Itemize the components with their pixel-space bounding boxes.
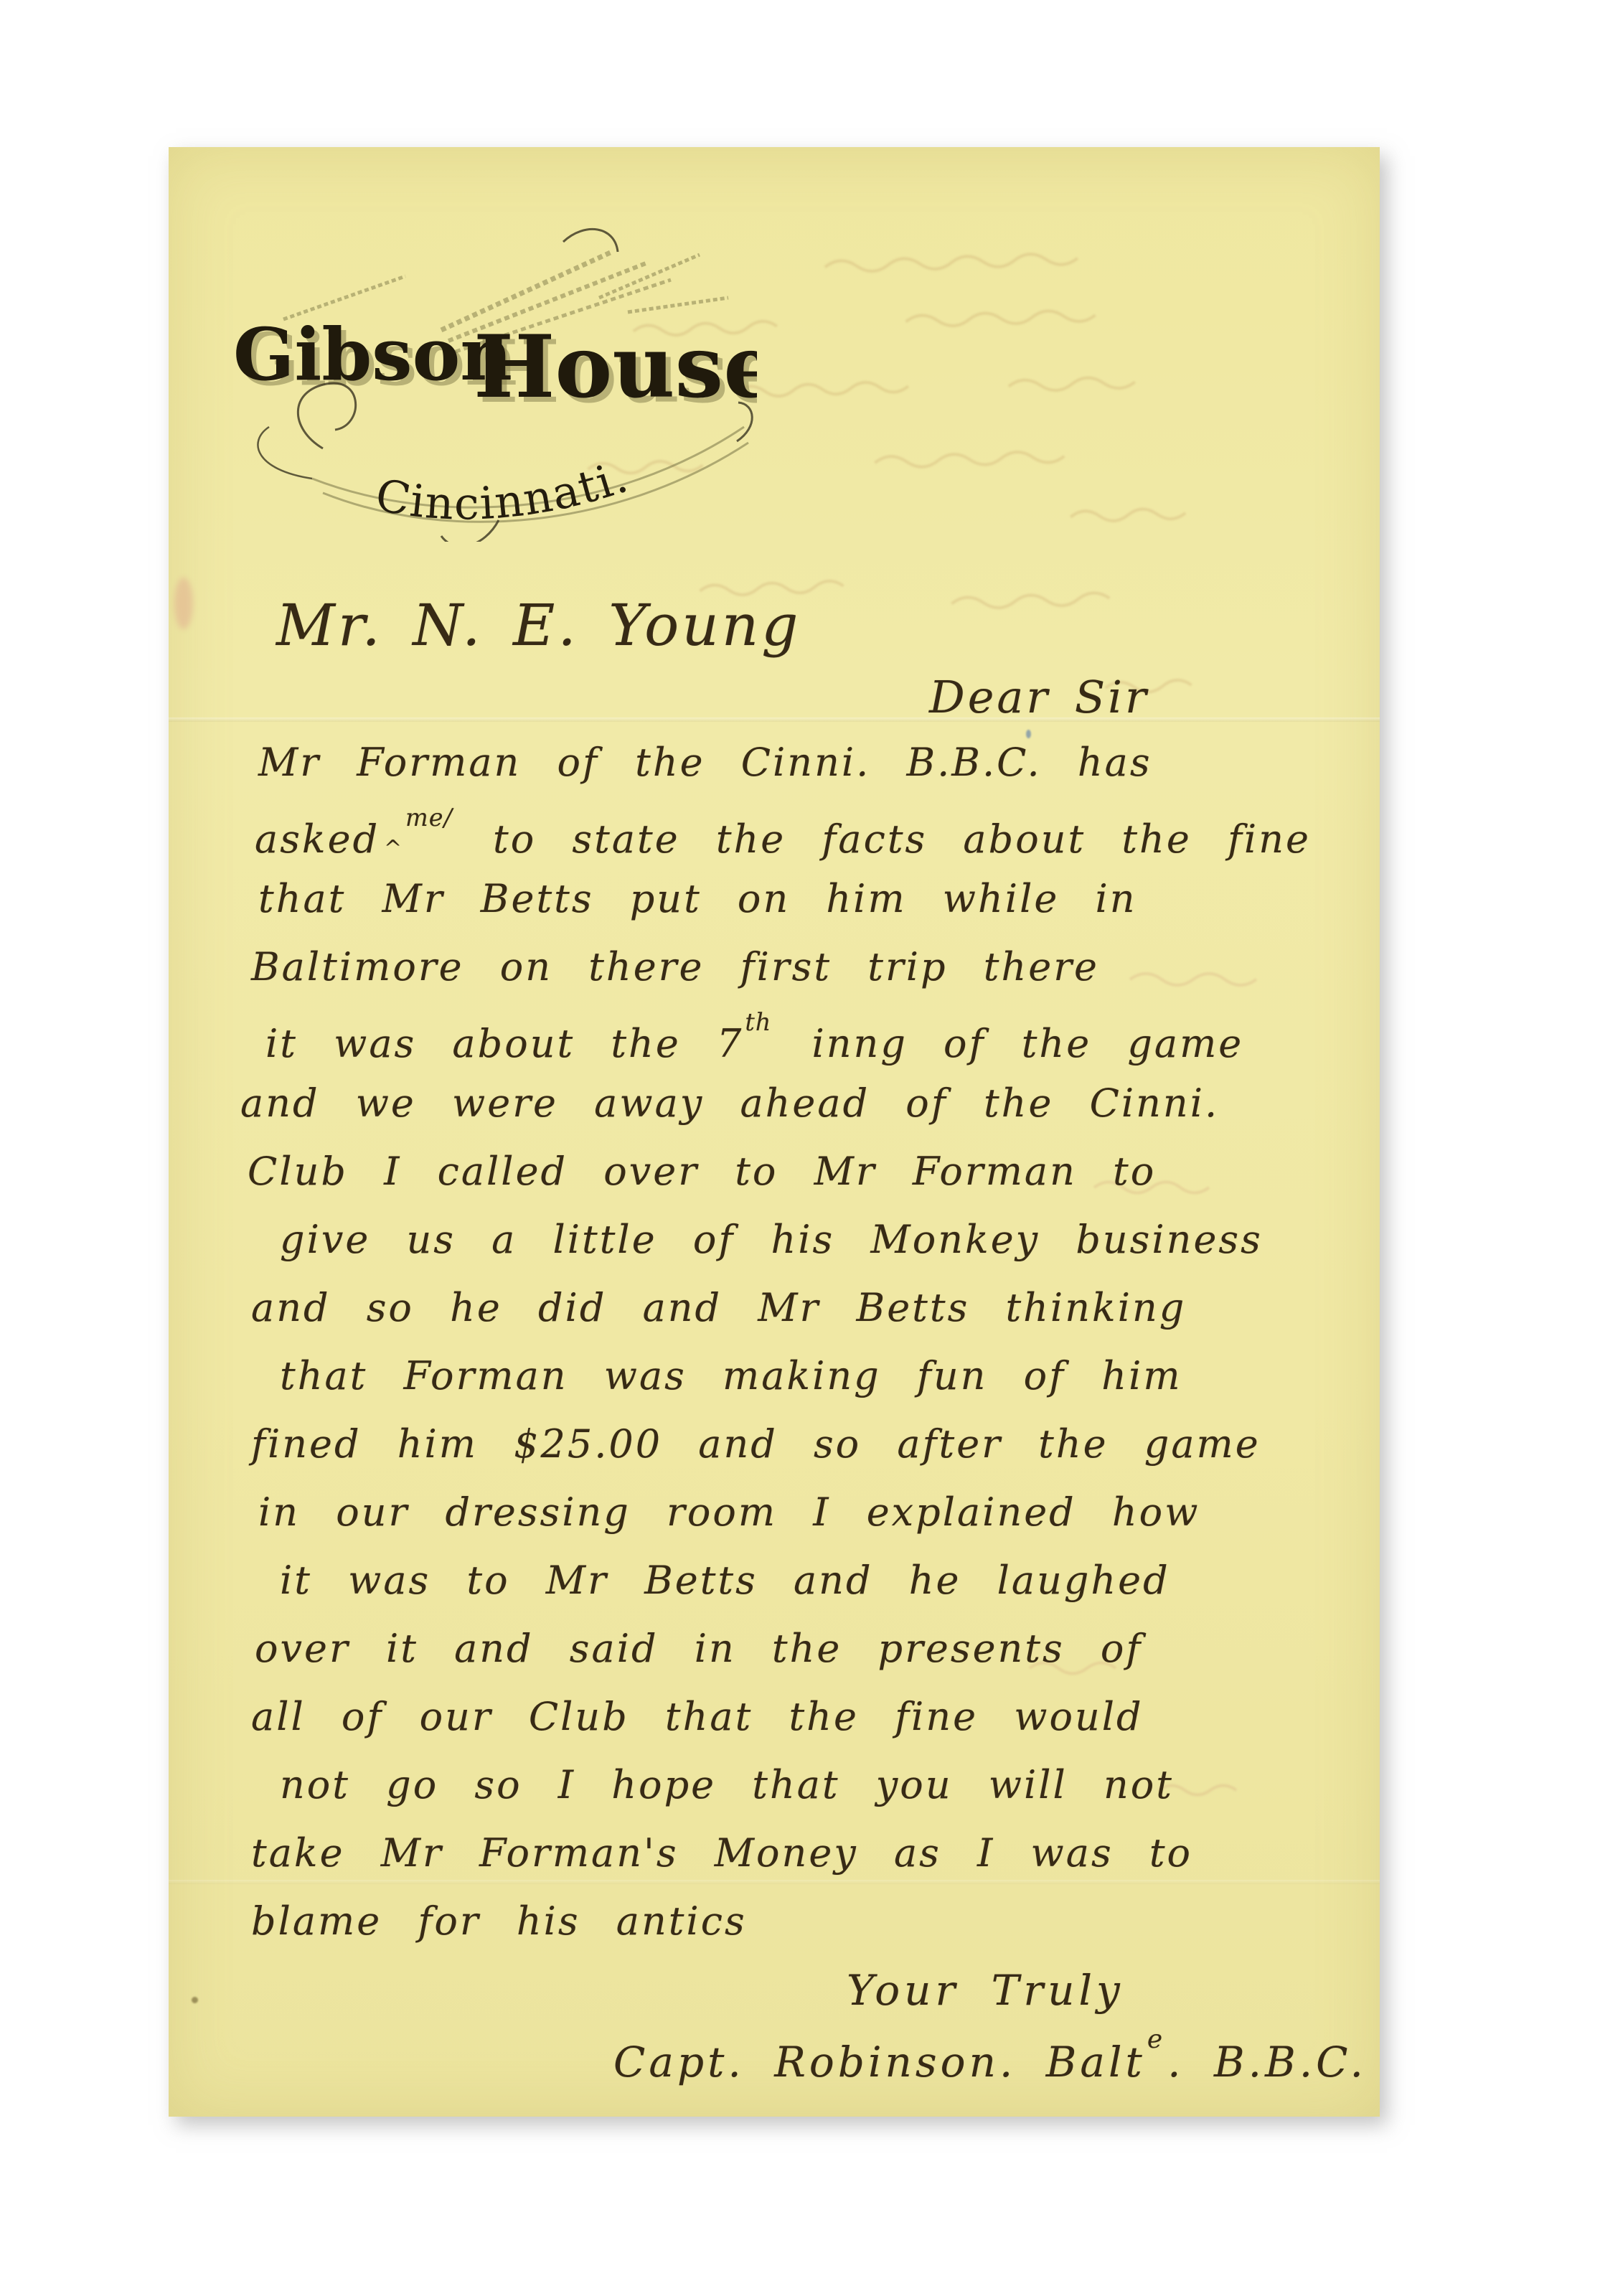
letter-line: and so he did and Mr Betts thinking bbox=[251, 1274, 1385, 1342]
line-text: inng of the game bbox=[776, 1021, 1243, 1066]
letterhead-city: Cincinnati. bbox=[372, 450, 635, 530]
letter-line: give us a little of his Monkey business bbox=[280, 1205, 1385, 1274]
letter-line: Club I called over to Mr Forman to bbox=[248, 1137, 1385, 1205]
insertion-caret: ^ bbox=[384, 836, 404, 861]
letter-line: over it and said in the presents of bbox=[255, 1614, 1385, 1683]
letter-line: blame for his antics bbox=[251, 1887, 1385, 1955]
letter-line: Baltimore on there first trip there bbox=[251, 933, 1385, 1001]
scan-background: Gibson House Gibson House Cincinnati. bbox=[0, 0, 1600, 2296]
letter-line: take Mr Forman's Money as I was to bbox=[251, 1819, 1385, 1887]
letter-line: fined him $25.00 and so after the game bbox=[251, 1410, 1385, 1478]
line-text: asked bbox=[255, 817, 380, 862]
letter-line: and we were away ahead of the Cinni. bbox=[240, 1069, 1385, 1137]
pink-smudge bbox=[174, 578, 193, 629]
recipient-line: Mr. N. E. Young bbox=[276, 592, 801, 659]
salutation: Dear Sir bbox=[929, 671, 1149, 723]
letterhead-gibson: Gibson bbox=[233, 312, 512, 397]
line-text: to state the facts about the fine bbox=[457, 817, 1311, 862]
inserted-word: me/ bbox=[405, 804, 453, 832]
ordinal-superscript: th bbox=[745, 1008, 771, 1036]
signature-text: Capt. Robinson. Balt bbox=[613, 2038, 1146, 2086]
signature-superscript: e bbox=[1147, 2025, 1163, 2054]
letter-line-with-insertion: asked^me/ to state the facts about the f… bbox=[255, 796, 1385, 865]
closing-line: Your Truly bbox=[847, 1966, 1124, 2015]
line-text: it was about the 7 bbox=[265, 1021, 743, 1066]
letter-line: that Forman was making fun of him bbox=[280, 1342, 1385, 1410]
letterhead-house: House bbox=[474, 316, 757, 418]
signature-line: Capt. Robinson. Balte. B.B.C. bbox=[613, 2038, 1367, 2086]
letterhead: Gibson House Gibson House Cincinnati. bbox=[226, 212, 757, 542]
letter-body: Mr Forman of the Cinni. B.B.C. has asked… bbox=[251, 728, 1385, 1955]
letter-line: all of our Club that the fine would bbox=[251, 1683, 1385, 1751]
letter-line: it was to Mr Betts and he laughed bbox=[280, 1546, 1385, 1614]
letter-line: not go so I hope that you will not bbox=[280, 1751, 1385, 1819]
letter-line: Mr Forman of the Cinni. B.B.C. has bbox=[258, 728, 1385, 796]
letter-line: in our dressing room I explained how bbox=[258, 1478, 1385, 1546]
signature-text: . B.B.C. bbox=[1167, 2038, 1367, 2086]
letter-paper: Gibson House Gibson House Cincinnati. bbox=[169, 147, 1380, 2117]
letter-line-with-superscript: it was about the 7th inng of the game bbox=[265, 1001, 1385, 1069]
letter-line: that Mr Betts put on him while in bbox=[258, 865, 1385, 933]
dark-speck bbox=[192, 1997, 198, 2003]
